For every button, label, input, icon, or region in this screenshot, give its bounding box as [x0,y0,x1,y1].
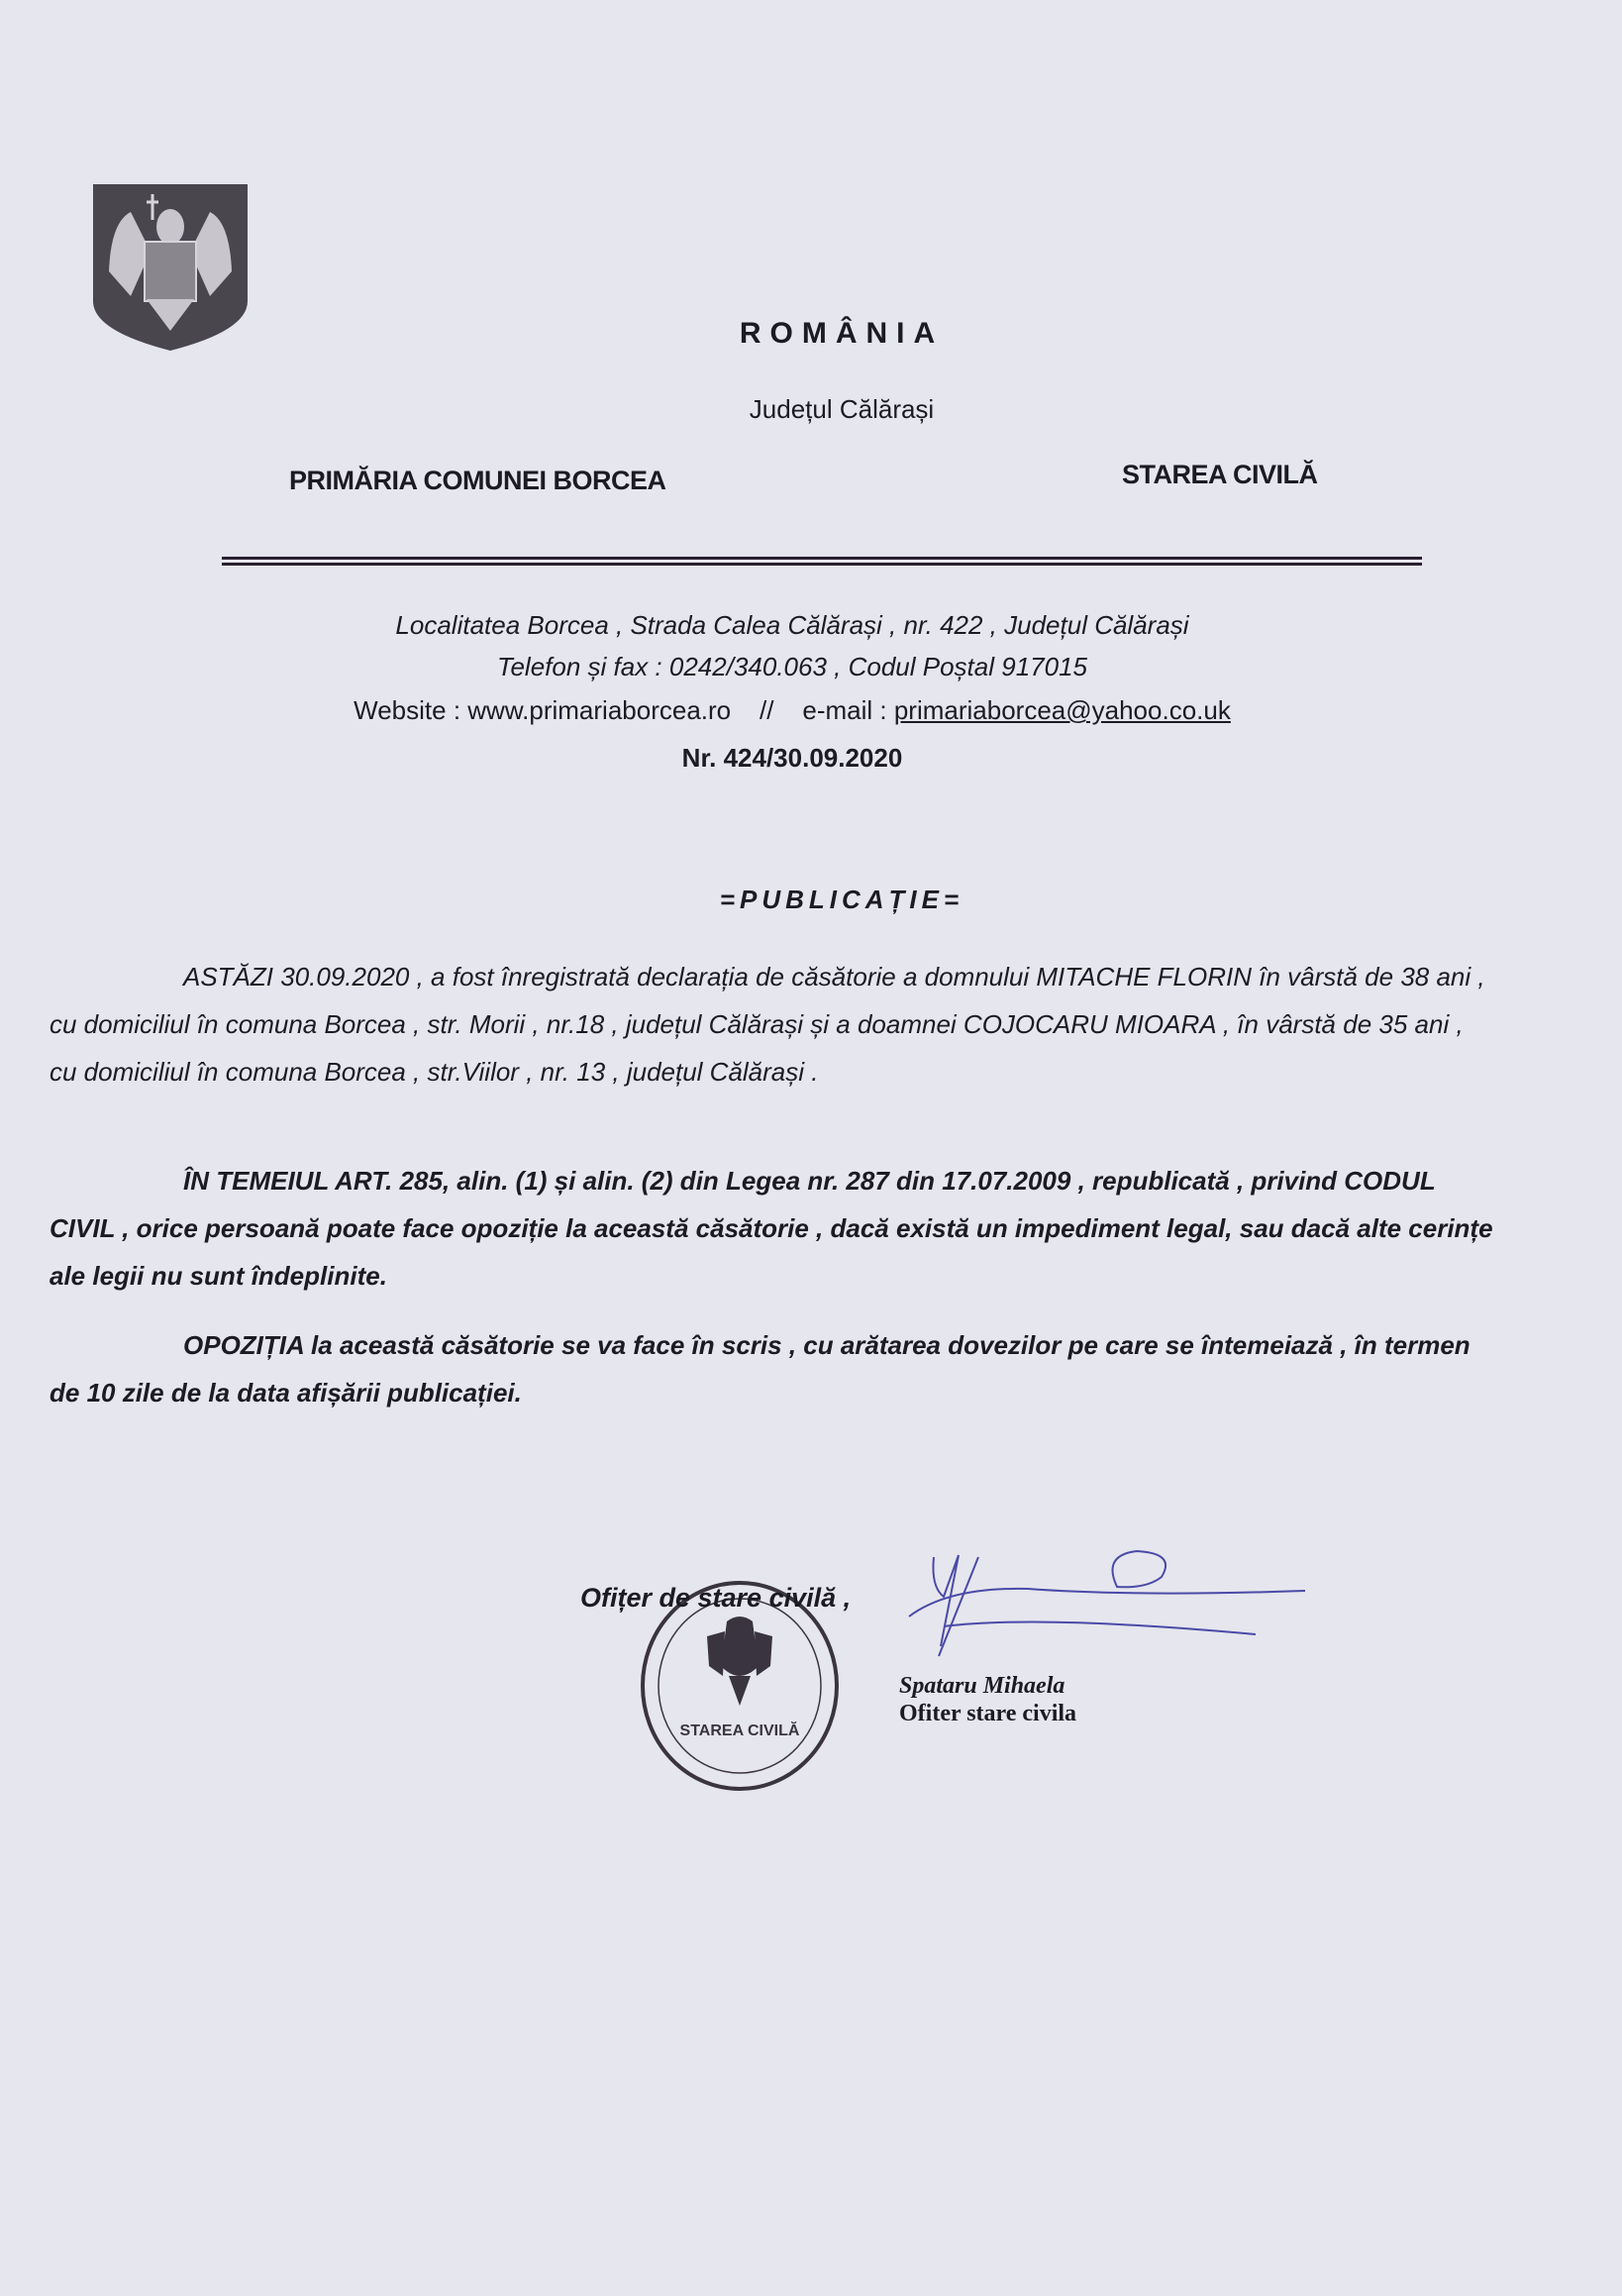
document-title: =PUBLICAȚIE= [0,885,1622,915]
declaration-paragraph: ASTĂZI 30.09.2020 , a fost înregistrată … [50,953,1495,1096]
handwritten-signature [889,1537,1315,1666]
institution-name: PRIMĂRIA COMUNEI BORCEA [289,466,666,496]
website-line: Website : www.primariaborcea.ro // e-mai… [0,695,1584,726]
email-link[interactable]: primariaborcea@yahoo.co.uk [894,695,1231,725]
country-title: ROMÂNIA [0,317,1622,351]
signer-block: Spataru Mihaela Ofiter stare civila [899,1672,1076,1727]
signer-title: Ofiter stare civila [899,1700,1076,1727]
address-line: Localitatea Borcea , Strada Calea Călăra… [0,610,1584,641]
website-label: Website : www.primariaborcea.ro // e-mai… [354,695,894,725]
signer-name: Spataru Mihaela [899,1672,1076,1700]
legal-basis-paragraph: ÎN TEMEIUL ART. 285, alin. (1) și alin. … [50,1157,1495,1300]
registration-number: Nr. 424/30.09.2020 [0,743,1584,774]
stamp-center-text: STAREA CIVILĂ [680,1721,800,1739]
county-name: Județul Călărași [0,394,1622,425]
opposition-paragraph: OPOZIȚIA la această căsătorie se va face… [50,1321,1495,1416]
signature-label: Ofițer de stare civilă , [580,1583,851,1614]
phone-line: Telefon și fax : 0242/340.063 , Codul Po… [0,652,1584,682]
department-name: STAREA CIVILĂ [1122,460,1318,490]
header-divider [222,557,1422,566]
